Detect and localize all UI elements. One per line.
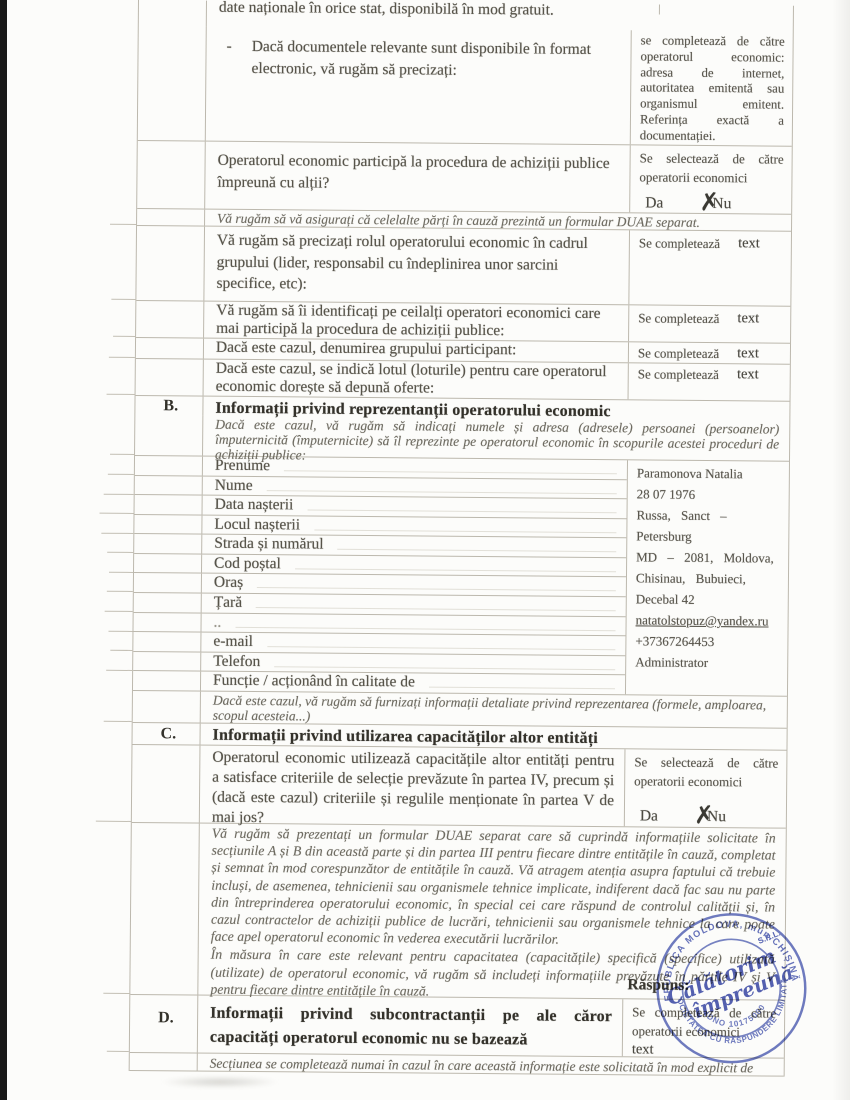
note-text: Dacă este cazul, vă rugăm să furnizați i…	[201, 692, 787, 728]
scan-tick	[107, 552, 133, 553]
answer-hint: Se completează	[639, 233, 720, 253]
row-section-b-note2: Dacă este cazul, vă rugăm să furnizați i…	[133, 690, 787, 728]
x-mark-icon: ✗	[699, 192, 720, 212]
scan-tick	[105, 611, 133, 612]
label-column-cell	[133, 671, 201, 690]
field-label: ..	[201, 613, 221, 631]
da-option: Da	[640, 806, 658, 825]
yes-no-choice: Da ✗ Nu	[639, 193, 783, 213]
label-column-cell	[130, 823, 199, 995]
answer-cell: Se selectează de către operatorii econom…	[629, 145, 792, 213]
row-section-c-question: Operatorul economic utilizează capacităț…	[132, 744, 787, 828]
scan-tick	[109, 572, 133, 573]
scan-tick	[106, 670, 132, 671]
stamp-graphic: REPUBLICA MOLDOVA, mun.CHIȘINĂU SOCIETAT…	[643, 900, 820, 1077]
label-column-cell	[136, 338, 204, 359]
section-b-data: Prenume Nume Data nașterii Locul nașteri…	[133, 455, 789, 696]
answer-cell: Se completează text	[628, 230, 791, 305]
answer-line: 28 07 1976	[637, 483, 783, 505]
scan-tick	[104, 721, 132, 722]
scan-tick	[107, 1051, 129, 1052]
label-column-cell	[133, 652, 201, 671]
answer-hint: Se completează	[638, 308, 719, 328]
answer-line: Paramonova Natalia	[637, 462, 783, 484]
scan-tick	[101, 533, 133, 534]
scan-tick	[110, 650, 132, 651]
label-column-cell	[130, 1053, 198, 1071]
leader-line	[267, 490, 617, 494]
answer-cell: Se completează text	[628, 363, 790, 400]
document-sheet: date naționale în orice stat, disponibil…	[0, 0, 850, 1100]
bullet-question: - Dacă documentele relevante sunt dispon…	[218, 30, 620, 83]
row-section-b-note: Dacă este cazul, vă rugăm să indicați nu…	[135, 415, 789, 461]
leader-line	[295, 568, 616, 572]
answer-line: Decebal 42	[636, 588, 782, 610]
note-text: Dacă este cazul, vă rugăm să indicați nu…	[203, 416, 789, 461]
field-labels: Prenume Nume Data nașterii Locul nașteri…	[133, 456, 627, 694]
scan-tick	[110, 454, 134, 455]
answer-cell: Se completează text	[628, 342, 790, 363]
row-participate: Operatorul economic participă la procedu…	[137, 140, 792, 214]
field-label: Țară	[202, 594, 243, 612]
label-column-cell	[135, 415, 203, 456]
answer-cell: Se selectează de către operatorii econom…	[624, 749, 787, 827]
field-label: Cod poștal	[202, 554, 281, 573]
answer-cell: Se completează text	[628, 305, 790, 342]
leader-line	[314, 529, 616, 533]
scan-smudge	[160, 1076, 280, 1088]
field-row: Funcție / acționând în calitate de	[133, 670, 625, 694]
scan-tick	[110, 224, 136, 225]
field-label: e-mail	[201, 633, 253, 651]
scan-tick	[108, 631, 132, 632]
answer-value: text	[737, 309, 759, 328]
yes-no-choice: Da ✗ Nu	[634, 806, 778, 826]
label-column-cell	[136, 301, 204, 338]
row-identify: Vă rugăm să îi identificați pe ceilalți …	[136, 300, 790, 343]
question-text: Dacă este cazul, denumirea grupului part…	[204, 339, 628, 363]
answer-value: text	[738, 234, 760, 253]
email-text: natatolstopuz@yandex.ru	[636, 609, 782, 631]
leader-line	[338, 549, 617, 552]
representative-answer-block: Paramonova Natalia 28 07 1976 Russa, San…	[625, 460, 789, 695]
field-label: Strada și numărul	[202, 535, 323, 554]
label-column-cell	[136, 359, 204, 396]
answer-line: Russa, Sanct – Petersburg	[636, 504, 782, 547]
answer-value: text	[737, 365, 759, 384]
scan-artifact-line	[659, 5, 660, 15]
label-column-cell	[137, 141, 206, 209]
section-letter: B.	[135, 396, 203, 416]
leader-line	[267, 646, 615, 650]
scan-tick	[111, 299, 135, 300]
leader-line	[274, 666, 615, 670]
question-cell: - Dacă documentele relevante sunt dispon…	[206, 27, 631, 145]
answer-line: Administrator	[635, 651, 781, 673]
field-label: Data nașterii	[203, 496, 294, 515]
label-column-cell	[132, 745, 201, 823]
answer-hint: Se completează	[638, 343, 719, 363]
question-text: Operatorul economic participă la procedu…	[205, 142, 630, 213]
row-role: Vă rugăm să precizați rolul operatorului…	[136, 225, 791, 306]
field-label: Locul nașterii	[202, 515, 300, 534]
section-letter: D.	[130, 995, 198, 1053]
question-text: Vă rugăm să precizați rolul operatorului…	[204, 227, 629, 305]
scan-tick	[113, 336, 135, 337]
label-column-cell	[138, 26, 207, 141]
phone-text: +37367264453	[635, 630, 781, 652]
section-letter: C.	[133, 723, 201, 745]
leader-line	[257, 588, 616, 592]
field-label: Prenume	[203, 457, 270, 476]
question-text: Vă rugăm să îi identificați pe ceilalți …	[204, 302, 628, 342]
company-stamp: REPUBLICA MOLDOVA, mun.CHIȘINĂU SOCIETAT…	[643, 900, 820, 1077]
answer-hint: Se selectează de către operatorii econom…	[634, 752, 778, 791]
section-title: Informații privind subcontractanții pe a…	[198, 996, 622, 1057]
label-column-cell	[136, 226, 205, 301]
leader-line	[307, 510, 616, 514]
leader-line	[429, 687, 615, 690]
field-label: Oraș	[202, 574, 243, 592]
label-column-cell	[133, 632, 201, 651]
field-label: Nume	[203, 476, 253, 494]
dash-bullet: -	[226, 36, 232, 79]
question-text: Dacă documentele relevante sunt disponib…	[251, 36, 620, 82]
scanned-document-page: date naționale în orice stat, disponibil…	[0, 0, 850, 1100]
row-electronic-docs: - Dacă documentele relevante sunt dispon…	[138, 26, 793, 146]
scan-tick	[107, 394, 135, 395]
leader-line	[284, 470, 617, 474]
leader-line	[235, 626, 615, 630]
answer-hint: Se completează	[638, 364, 719, 384]
field-label: Telefon	[201, 652, 260, 671]
answer-hint: se completează de către operatorul econo…	[630, 30, 793, 145]
label-column-cell	[135, 456, 203, 475]
label-column-cell	[134, 554, 202, 573]
label-column-cell	[134, 593, 202, 612]
label-column-cell	[139, 0, 207, 27]
label-column-cell	[134, 515, 202, 534]
leader-line	[256, 607, 616, 611]
label-column-cell	[134, 573, 202, 592]
x-mark-icon: ✗	[693, 805, 714, 825]
scan-tick	[100, 513, 134, 514]
row-lots: Dacă este cazul, se indică lotul (loturi…	[136, 358, 790, 401]
label-column-cell	[134, 534, 202, 553]
answer-line: MD – 2081, Moldova,	[636, 546, 782, 568]
label-column-cell	[133, 691, 201, 723]
field-label: Funcție / acționând în calitate de	[201, 672, 415, 692]
answer-line: Chisinau, Bubuieci,	[636, 567, 782, 589]
label-column-cell	[135, 495, 203, 514]
question-text: Operatorul economic utilizează capacităț…	[200, 746, 625, 827]
scan-tick	[103, 993, 130, 994]
label-column-cell	[137, 209, 205, 226]
label-column-cell	[133, 613, 201, 632]
answer-hint: Se selectează de către operatorii econom…	[639, 148, 783, 187]
scan-tick	[104, 494, 134, 495]
da-option: Da	[645, 193, 663, 212]
scan-tick	[96, 821, 132, 822]
answer-value: text	[737, 344, 759, 363]
label-column-cell	[135, 476, 203, 495]
scan-tick	[109, 357, 135, 358]
question-text: Dacă este cazul, se indică lotul (loturi…	[204, 360, 628, 400]
scan-tick	[107, 591, 133, 592]
scan-tick	[108, 474, 134, 475]
